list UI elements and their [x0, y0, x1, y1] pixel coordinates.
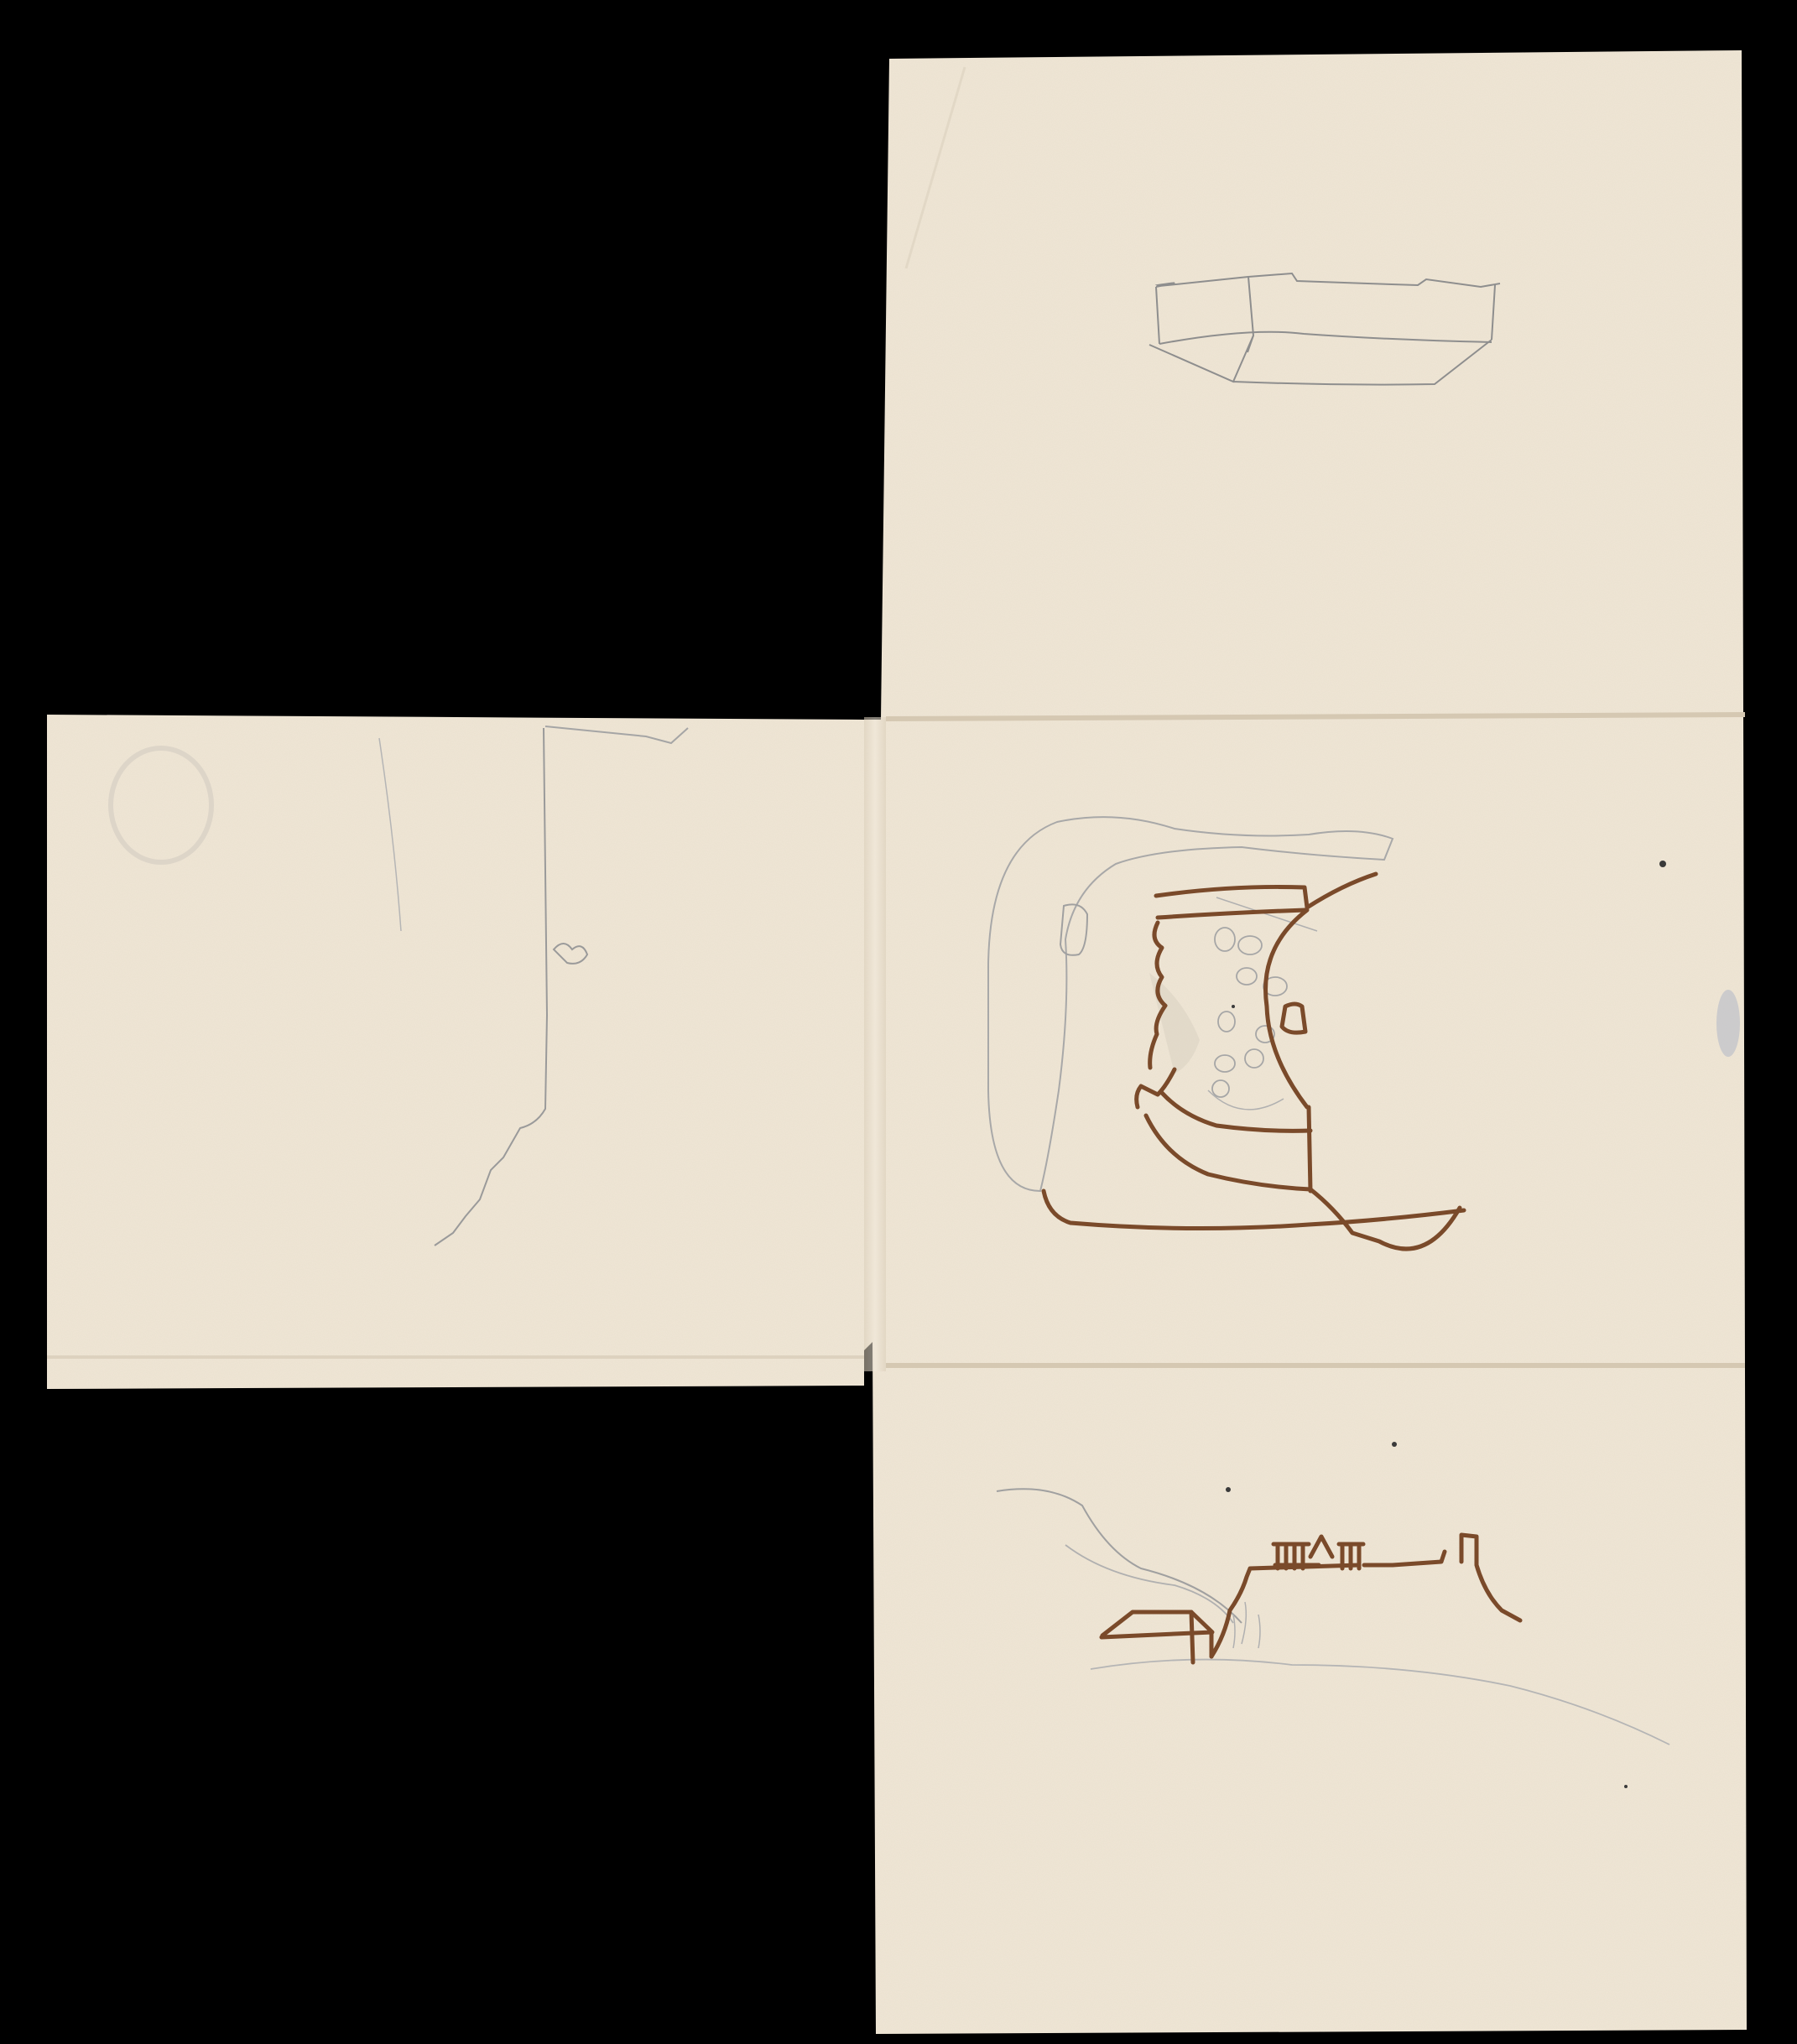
fold-line-vertical — [864, 717, 886, 1371]
scanned-sheet — [0, 0, 1797, 2044]
left-flap — [47, 715, 864, 1389]
blue-smudge — [1716, 990, 1740, 1057]
main-strip — [864, 50, 1747, 2034]
